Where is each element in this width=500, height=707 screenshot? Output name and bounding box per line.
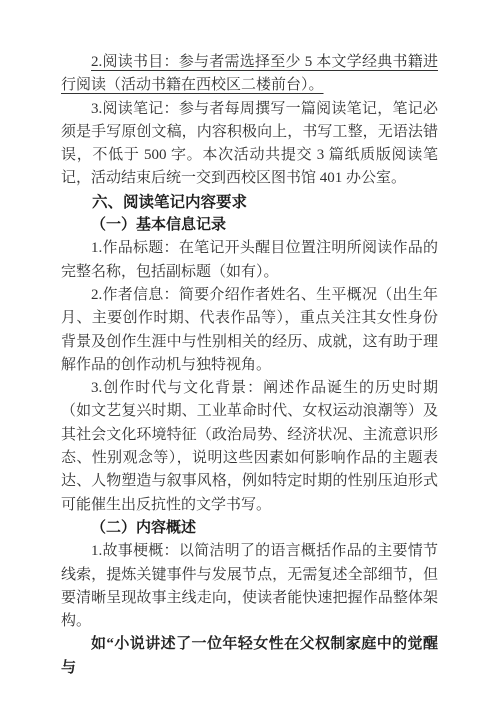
- section-heading-notes-requirements: 六、阅读笔记内容要求: [61, 191, 438, 214]
- paragraph-example-sentence: 如“小说讲述了一位年轻女性在父权制家庭中的觉醒与: [61, 633, 438, 680]
- paragraph-reading-list: 2.阅读书目：参与者需选择至少 5 本文学经典书籍进行阅读（活动书籍在西校区二楼…: [61, 51, 438, 98]
- document-content: 2.阅读书目：参与者需选择至少 5 本文学经典书籍进行阅读（活动书籍在西校区二楼…: [61, 51, 438, 680]
- paragraph-era-culture-background: 3.创作时代与文化背景：阐述作品诞生的历史时期（如文艺复兴时期、工业革命时代、女…: [61, 377, 438, 517]
- paragraph-author-info: 2.作者信息：简要介绍作者姓名、生平概况（出生年月、主要创作时期、代表作品等），…: [61, 284, 438, 377]
- document-page: 2.阅读书目：参与者需选择至少 5 本文学经典书籍进行阅读（活动书籍在西校区二楼…: [0, 0, 500, 707]
- paragraph-reading-notes: 3.阅读笔记：参与者每周撰写一篇阅读笔记，笔记必须是手写原创文稿，内容积极向上，…: [61, 98, 438, 191]
- paragraph-story-outline: 1.故事梗概：以简洁明了的语言概括作品的主要情节线索，提炼关键事件与发展节点，无…: [61, 540, 438, 633]
- subsection-heading-content-summary: （二）内容概述: [61, 517, 438, 540]
- subsection-heading-basic-info: （一）基本信息记录: [61, 214, 438, 237]
- paragraph-work-title: 1.作品标题：在笔记开头醒目位置注明所阅读作品的完整名称，包括副标题（如有）。: [61, 237, 438, 284]
